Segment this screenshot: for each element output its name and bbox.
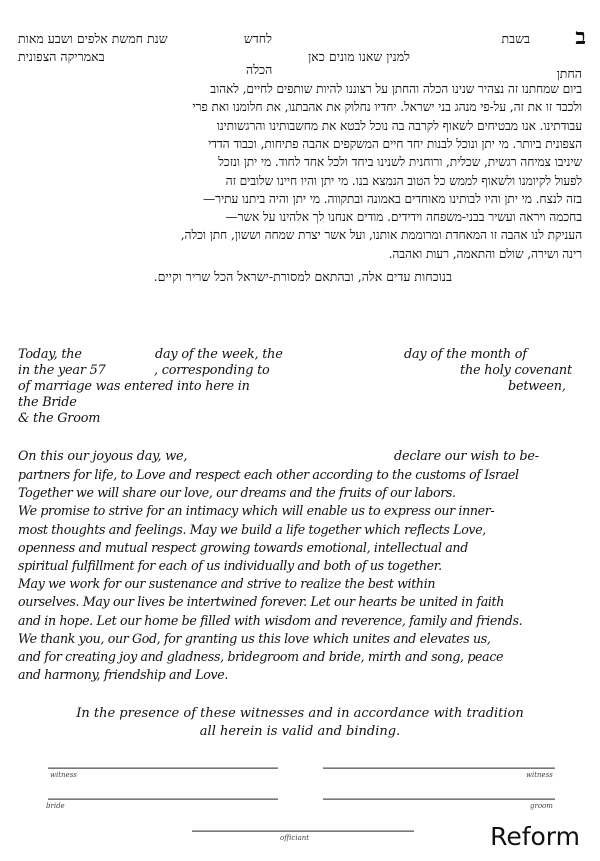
hebrew-body-line: העניקת לנו אהבה זו המאחדת ומרוממת אותנו,… bbox=[181, 228, 582, 243]
english-of-marriage: of marriage was entered into here in bbox=[18, 379, 250, 394]
english-bride: the Bride bbox=[18, 395, 77, 410]
english-body-line: partners for life, to Love and respect e… bbox=[18, 467, 519, 482]
witness-left-label: witness bbox=[50, 771, 77, 779]
hebrew-body-line: לפעול לקיומנו ולשאוף לממש כל הטוב הנמצא … bbox=[226, 174, 582, 189]
bride-label: bride bbox=[46, 802, 65, 810]
hebrew-beshabbat: בשבת bbox=[501, 30, 530, 47]
english-body-line: ourselves. May our lives be intertwined … bbox=[18, 594, 504, 609]
groom-label: groom bbox=[530, 802, 553, 810]
witness-right-signature-line[interactable] bbox=[323, 767, 555, 769]
english-body-line: most thoughts and feelings. May we build… bbox=[18, 522, 486, 537]
officiant-label: officiant bbox=[280, 834, 309, 842]
hebrew-minyan: למנין שאנו מונים כאן bbox=[308, 48, 410, 65]
witness-right-label: witness bbox=[526, 771, 553, 779]
english-day-of-week: day of the week, the bbox=[155, 347, 283, 362]
english-today: Today, the bbox=[18, 347, 82, 362]
hebrew-lachodesh: לחדש bbox=[244, 30, 272, 47]
english-body-line: We promise to strive for an intimacy whi… bbox=[18, 503, 494, 518]
english-body-line: Together we will share our love, our dre… bbox=[18, 485, 456, 500]
bride-signature-line[interactable] bbox=[48, 798, 278, 800]
hebrew-body-line: עבודתינו. אנו מבטיחים לשאוף לקרבה בה נוכ… bbox=[217, 119, 582, 134]
english-corresponding: , corresponding to bbox=[154, 363, 270, 378]
hebrew-body-line: הצפונית ביותר. מי יתן ונוכל לבנות יחד חי… bbox=[208, 137, 582, 152]
hebrew-closing-line: בנוכחות עדים אלה, ובהתאם למסורת-ישראל הכ… bbox=[154, 268, 452, 285]
style-label-reform: Reform bbox=[490, 822, 580, 851]
english-body-line: openness and mutual respect growing towa… bbox=[18, 540, 468, 555]
hebrew-bride-label: הכלה bbox=[246, 61, 272, 78]
hebrew-body-line: רינה ושירה, שולם והתאמה, רעות ואהבה. bbox=[389, 247, 582, 262]
english-body-line: spiritual fulfillment for each of us ind… bbox=[18, 558, 442, 573]
english-body-line: and for creating joy and gladness, bride… bbox=[18, 649, 503, 664]
english-body-line: May we work for our sustenance and striv… bbox=[18, 576, 435, 591]
officiant-signature-line[interactable] bbox=[192, 830, 414, 832]
groom-signature-line[interactable] bbox=[323, 798, 555, 800]
hebrew-body-line: ביום שמחתנו זה נצהיר שנינו הכלה והחתן על… bbox=[210, 82, 582, 97]
english-day-of-month: day of the month of bbox=[404, 347, 527, 362]
english-body-line: and in hope. Let our home be filled with… bbox=[18, 613, 522, 628]
hebrew-body-line: שיניבו צמיחה רגשית, שכלית, ורוחנית לשנינ… bbox=[218, 155, 582, 170]
english-groom: & the Groom bbox=[18, 411, 100, 426]
english-body-line: We thank you, our God, for granting us t… bbox=[18, 631, 491, 646]
hebrew-body-line: ולכבד זו את זה, על-פי מנהג בני ישראל. יח… bbox=[192, 100, 582, 115]
hebrew-body-line: בחכמה ויראה ועשיר בבני-משפחה וידידים. מו… bbox=[226, 210, 582, 225]
hebrew-year: שנת חמשת אלפים ושבע מאות bbox=[18, 30, 168, 47]
witness-left-signature-line[interactable] bbox=[48, 767, 278, 769]
english-holy-covenant: the holy covenant bbox=[460, 363, 572, 378]
english-opening-start: On this our joyous day, we, bbox=[18, 449, 187, 464]
english-closing-line-2: all herein is valid and binding. bbox=[0, 724, 600, 739]
english-closing-line-1: In the presence of these witnesses and i… bbox=[0, 706, 600, 721]
initial-letter-beth: ב bbox=[575, 24, 586, 50]
english-between: between, bbox=[508, 379, 566, 394]
english-in-year: in the year 57 bbox=[18, 363, 106, 378]
hebrew-place: באמריקה הצפונית bbox=[18, 48, 105, 65]
english-opening-end: declare our wish to be- bbox=[394, 449, 539, 464]
english-body-line: and harmony, friendship and Love. bbox=[18, 667, 228, 682]
hebrew-body-line: בזה לנצח. מי יתן והיו לבותינו מאוחדים בא… bbox=[203, 192, 582, 207]
hebrew-groom-label: החתן bbox=[557, 65, 582, 82]
